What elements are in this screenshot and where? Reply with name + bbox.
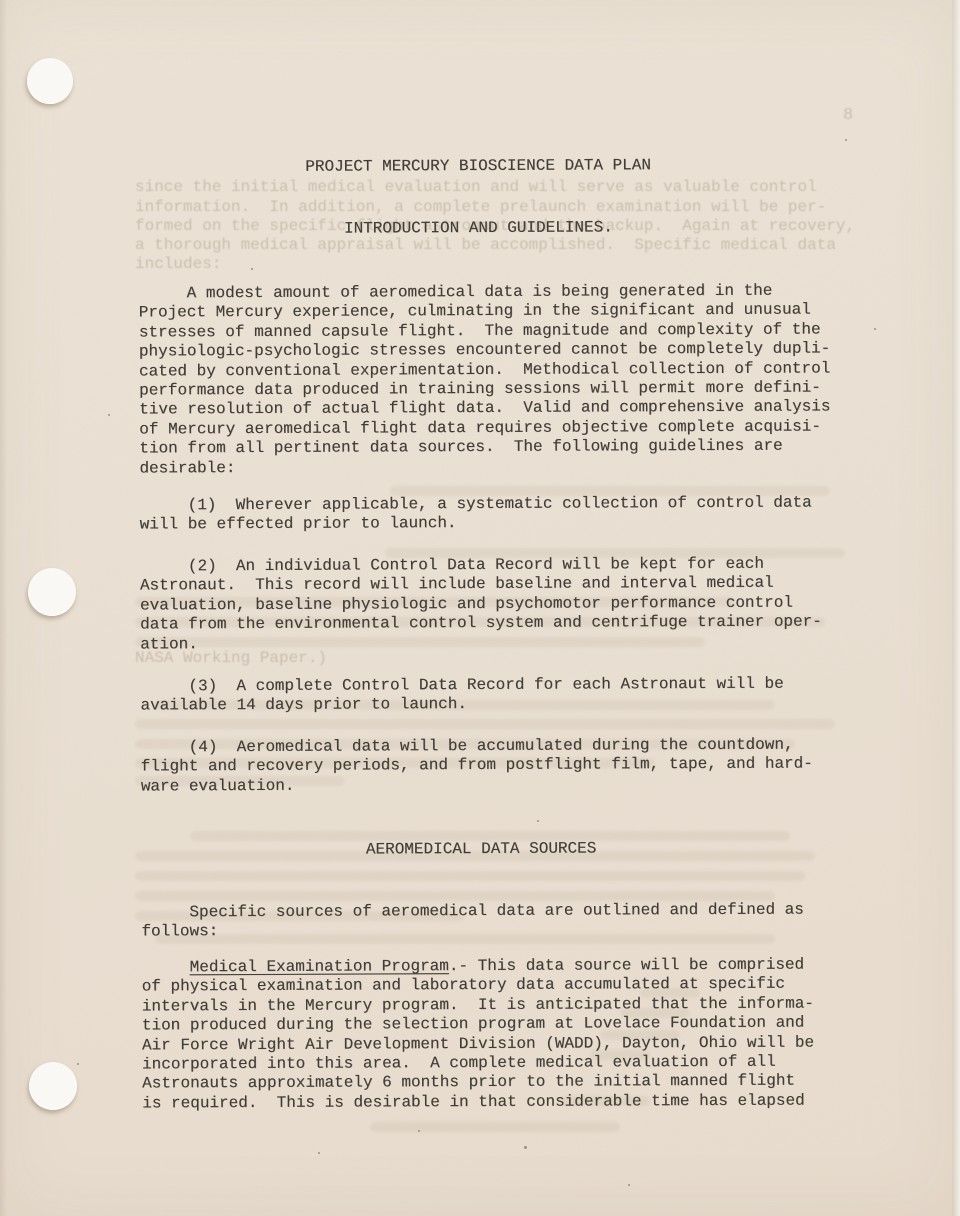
lead-rest: .- This data source will be comprised [449, 956, 804, 976]
text-line: will be effected prior to launch. [140, 513, 812, 535]
text-line: desirable: [139, 456, 830, 478]
medical-paragraph-body: of physical examination and laboratory d… [142, 975, 815, 1114]
text-line: tion from all pertinent data sources. Th… [139, 437, 830, 459]
document-subtitle: INTRODUCTION AND GUIDELINES. [10, 217, 946, 240]
scan-edge-right-light [952, 0, 960, 1216]
underlined-heading: Medical Examination Program [190, 957, 449, 976]
text-line: of physical examination and laboratory d… [142, 975, 814, 997]
text-line: (3) A complete Control Data Record for e… [140, 675, 783, 697]
text-line: Specific sources of aeromedical data are… [141, 901, 804, 923]
scanned-document-page: since the initial medical evaluation and… [0, 0, 960, 1216]
typewritten-content: PROJECT MERCURY BIOSCIENCE DATA PLAN INT… [0, 0, 960, 1216]
medical-examination-paragraph: Medical Examination Program.- This data … [142, 956, 815, 1114]
intro-paragraph: A modest amount of aeromedical data is b… [139, 281, 831, 478]
text-line: ation. [140, 632, 822, 654]
text-line: physiologic-psychologic stresses encount… [139, 340, 830, 362]
text-line: ware evaluation. [141, 774, 813, 796]
guideline-item-1: (1) Wherever applicable, a systematic co… [140, 494, 812, 536]
guideline-item-3: (3) A complete Control Data Record for e… [140, 675, 783, 717]
text-line: flight and recovery periods, and from po… [141, 755, 813, 777]
text-line: follows: [141, 920, 804, 942]
guideline-item-4: (4) Aeromedical data will be accumulated… [141, 736, 813, 797]
text-line: is required. This is desirable in that c… [142, 1091, 814, 1113]
section-heading: AEROMEDICAL DATA SOURCES [13, 838, 949, 861]
scan-edge-left-shadow [0, 0, 7, 1216]
text-line: (1) Wherever applicable, a systematic co… [140, 494, 812, 516]
guideline-item-2: (2) An individual Control Data Record wi… [140, 555, 822, 655]
sources-intro-paragraph: Specific sources of aeromedical data are… [141, 901, 804, 943]
indent [142, 958, 190, 976]
text-line: tion produced during the selection progr… [142, 1014, 814, 1036]
text-line: available 14 days prior to launch. [140, 694, 783, 716]
document-title: PROJECT MERCURY BIOSCIENCE DATA PLAN [10, 155, 946, 178]
text-line: data from the environmental control syst… [140, 613, 822, 635]
